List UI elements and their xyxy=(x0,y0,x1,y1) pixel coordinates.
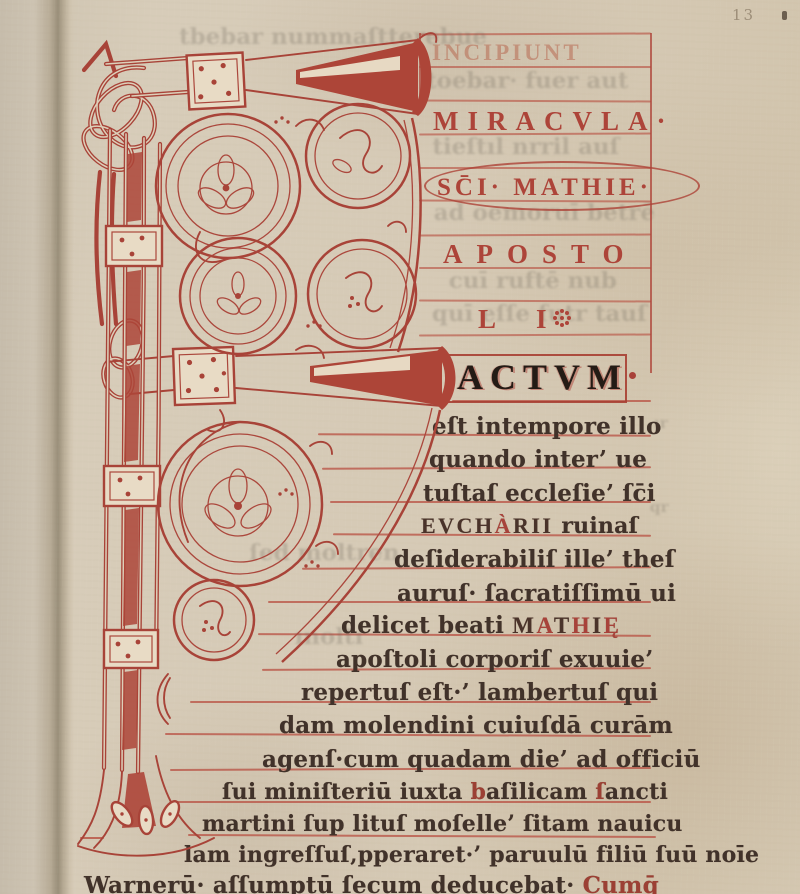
ink-speck xyxy=(782,11,787,20)
show-through-text: cuī ruftē nub xyxy=(449,268,617,294)
body-text-segment: aſilicam xyxy=(486,779,595,805)
illuminated-initial-F xyxy=(70,26,470,860)
folio-number: 13 xyxy=(732,6,755,24)
page-edge-fold xyxy=(0,0,74,894)
body-text-segment: I xyxy=(592,613,603,638)
body-text-segment: A xyxy=(536,613,553,638)
body-text-segment: RII xyxy=(513,513,554,538)
body-text-segment: Ę xyxy=(604,613,622,638)
dot-rosette-ornament xyxy=(560,316,564,320)
body-text-segment: ruinaſ xyxy=(553,513,638,539)
body-text-segment: H xyxy=(572,613,592,638)
spiral-medallions-lower xyxy=(158,116,441,724)
spiral-medallions-upper xyxy=(156,104,421,358)
initial-top-arm xyxy=(106,33,436,116)
initial-foot xyxy=(78,756,214,856)
body-text-segment: M xyxy=(512,613,536,638)
body-text-segment: ſ xyxy=(595,779,605,805)
actum-heading: ACTVM xyxy=(457,356,628,398)
body-text-segment: ancti xyxy=(605,779,668,805)
body-text-segment: T xyxy=(554,613,572,638)
manuscript-page: tbebar nummaſtterebuetoebar· fuer auttie… xyxy=(0,0,800,894)
body-text-segment: b xyxy=(470,779,486,805)
body-text-line: Warnerū· aſſumptū ſecum deducebat· Cumq̄ xyxy=(84,872,659,894)
body-text-segment: Cumq̄ xyxy=(583,872,659,894)
rubric-aposto: APOSTO xyxy=(443,239,638,270)
rubric-li: LI xyxy=(478,304,587,335)
body-text-segment: Warnerū· aſſumptū ſecum deducebat· xyxy=(84,872,583,894)
red-dot-ornament xyxy=(629,372,636,379)
initial-stem xyxy=(104,130,162,772)
body-text-segment: À xyxy=(495,513,513,538)
